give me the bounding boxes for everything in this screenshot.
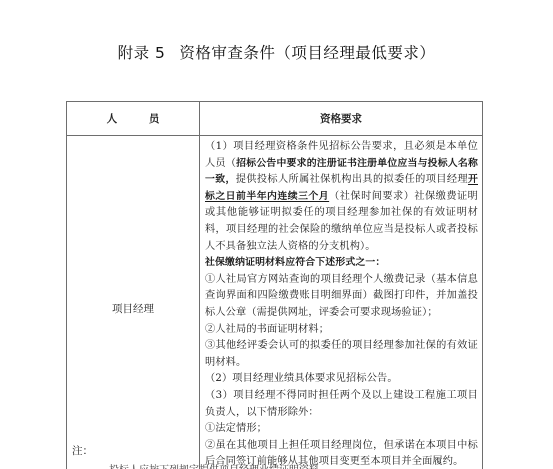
table-header-row: 人 员 资格要求 (67, 102, 483, 136)
form-item-1: ①人社局官方网站查询的项目经理个人缴费记录（基本信息查询界面和四险缴费账目明细界… (205, 272, 478, 322)
form-item-3: ③其他经评委会认可的拟委任的项目经理参加社保的有效证明材料。 (205, 338, 478, 371)
form-item-2: ②人社局的书面证明材料； (205, 322, 478, 339)
requirement-2: （2）项目经理业绩具体要求见招标公告。 (205, 371, 478, 388)
requirements-table: 人 员 资格要求 项目经理 （1）项目经理资格条件见招标公告要求，且必须是本单位… (66, 101, 483, 469)
requirement-3: （3）项目经理不得同时担任两个及以上建设工程施工项目负责人，以下情形除外： (205, 388, 478, 421)
header-requirements: 资格要求 (200, 102, 483, 136)
appendix-title: 资格审查条件（项目经理最低要求） (179, 44, 435, 62)
person-cell: 项目经理 (67, 136, 200, 469)
note-item: 投标人应按下列规定提供项目经理业绩证明资料 (96, 461, 319, 469)
note-item-text: 投标人应按下列规定提供项目经理业绩证明资料 (109, 465, 319, 469)
requirement-1: （1）项目经理资格条件见招标公告要求，且必须是本单位人员（招标公告中要求的注册证… (205, 139, 478, 255)
note-label: 注： (72, 443, 93, 458)
req-text: 提供投标人所属社保机构出具的拟委任的项目经理 (236, 174, 468, 185)
exception-1: ①法定情形； (205, 421, 478, 438)
appendix-number: 附录 5 (118, 44, 166, 62)
social-security-heading: 社保缴纳证明材料应符合下述形式之一： (205, 255, 478, 272)
table-row: 项目经理 （1）项目经理资格条件见招标公告要求，且必须是本单位人员（招标公告中要… (67, 136, 483, 469)
header-person: 人 员 (67, 102, 200, 136)
page-title: 附录 5资格审查条件（项目经理最低要求） (0, 41, 553, 63)
requirements-cell: （1）项目经理资格条件见招标公告要求，且必须是本单位人员（招标公告中要求的注册证… (200, 136, 483, 469)
